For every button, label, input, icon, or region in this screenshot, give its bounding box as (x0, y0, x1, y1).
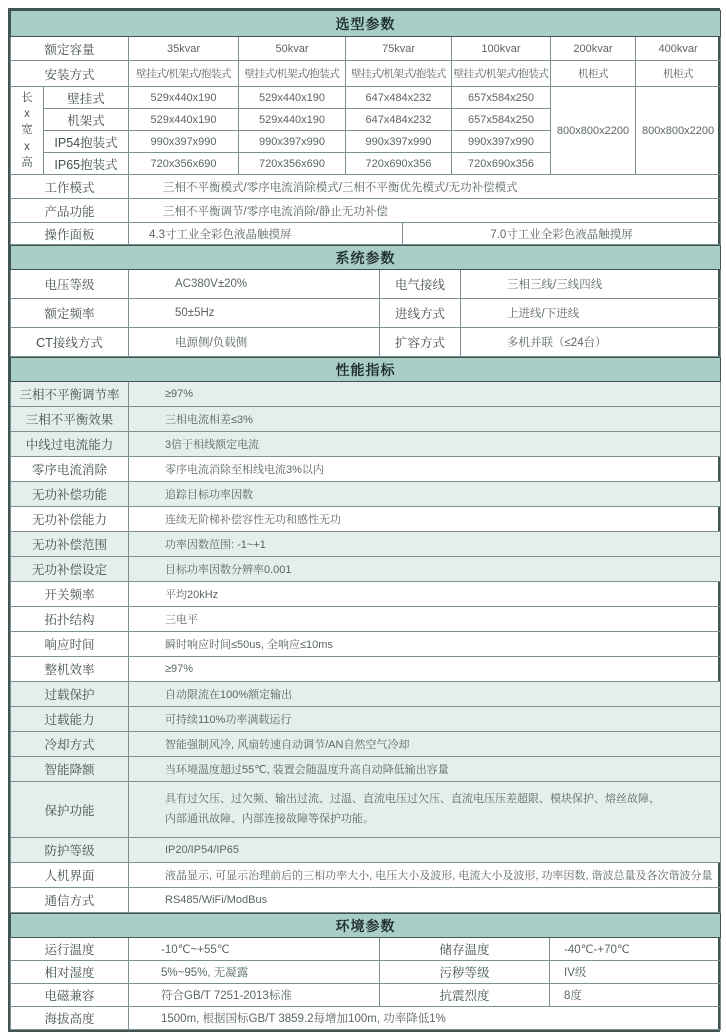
spec-label: 相对湿度 (11, 961, 129, 984)
system-body: 电压等级AC380V±20%电气接线三相三线/三线四线额定频率50±5Hz进线方… (11, 270, 721, 357)
spec-sheet: 选型参数 额定容量 35kvar 50kvar 75kvar 100kvar 2… (8, 8, 720, 1032)
spec-value: 智能强制风冷, 风扇转速自动调节/AN自然空气冷却 (129, 732, 721, 757)
spec-value: AC380V±20% (129, 270, 380, 299)
capacity-value: 50kvar (239, 37, 346, 61)
spec-label: 扩容方式 (380, 328, 461, 357)
spec-label: 开关频率 (11, 582, 129, 607)
spec-value: 零序电流消除至相线电流3%以内 (129, 457, 721, 482)
spec-value: 三相三线/三线四线 (461, 270, 721, 299)
spec-row: 响应时间瞬时响应时间≤50us, 全响应≤10ms (11, 632, 721, 657)
spec-value: 符合GB/T 7251-2013标准 (129, 984, 380, 1007)
dim-value: 647x484x232 (346, 109, 452, 131)
section-title: 性能指标 (11, 358, 721, 382)
capacity-value: 100kvar (452, 37, 551, 61)
spec-value: 3倍于相线额定电流 (129, 432, 721, 457)
cabinet-dim-200kvar: 800x800x2200 (551, 87, 636, 175)
spec-row: 过载能力可持续110%功率满载运行 (11, 707, 721, 732)
spec-value: ≥97% (129, 382, 721, 407)
cabinet-dim-400kvar: 800x800x2200 (636, 87, 721, 175)
spec-value: 目标功率因数分辨率0.001 (129, 557, 721, 582)
altitude-row: 海拔高度 1500m, 根据国标GB/T 3859.2每增加100m, 功率降低… (11, 1007, 721, 1030)
spec-label: 进线方式 (380, 299, 461, 328)
dim-value: 720x690x356 (346, 153, 452, 175)
spec-row: 额定频率50±5Hz进线方式上进线/下进线 (11, 299, 721, 328)
spec-row: 无功补偿范围功率因数范围: -1~+1 (11, 532, 721, 557)
mounting-value: 壁挂式/机架式/抱装式 (452, 61, 551, 87)
spec-label: 无功补偿功能 (11, 482, 129, 507)
spec-value: ≥97% (129, 657, 721, 682)
spec-label: 响应时间 (11, 632, 129, 657)
spec-value: IP20/IP54/IP65 (129, 838, 721, 863)
spec-label: 三相不平衡效果 (11, 407, 129, 432)
spec-value: 上进线/下进线 (461, 299, 721, 328)
dim-row-label: IP65抱装式 (44, 153, 129, 175)
dim-value: 720x356x690 (239, 153, 346, 175)
dimensions-label-text: 长x宽x高 (20, 90, 34, 170)
spec-label: 无功补偿范围 (11, 532, 129, 557)
spec-label: 整机效率 (11, 657, 129, 682)
spec-row: 无功补偿功能追踪目标功率因数 (11, 482, 721, 507)
spec-label: 过载保护 (11, 682, 129, 707)
mounting-value: 机柜式 (636, 61, 721, 87)
work-mode-label: 工作模式 (11, 175, 129, 199)
spec-row: 通信方式RS485/WiFi/ModBus (11, 888, 721, 913)
section-title: 选型参数 (11, 11, 721, 37)
spec-label: 人机界面 (11, 863, 129, 888)
capacity-value: 75kvar (346, 37, 452, 61)
spec-value: 三相电流相差≤3% (129, 407, 721, 432)
performance-body: 三相不平衡调节率≥97%三相不平衡效果三相电流相差≤3%中线过电流能力3倍于相线… (11, 382, 721, 913)
spec-row: 防护等级IP20/IP54/IP65 (11, 838, 721, 863)
spec-value: 追踪目标功率因数 (129, 482, 721, 507)
spec-label: 保护功能 (11, 782, 129, 838)
work-mode-value: 三相不平衡模式/零序电流消除模式/三相不平衡优先模式/无功补偿模式 (129, 175, 721, 199)
section-header-environment: 环境参数 (11, 914, 721, 938)
spec-value: 液晶显示, 可显示治理前后的三相功率大小, 电压大小及波形, 电流大小及波形, … (129, 863, 721, 888)
dim-value: 990x397x990 (129, 131, 239, 153)
spec-row: 中线过电流能力3倍于相线额定电流 (11, 432, 721, 457)
spec-label: 储存温度 (380, 938, 550, 961)
spec-label: 零序电流消除 (11, 457, 129, 482)
dim-value: 990x397x990 (452, 131, 551, 153)
dim-value: 990x397x990 (346, 131, 452, 153)
selection-table: 选型参数 额定容量 35kvar 50kvar 75kvar 100kvar 2… (10, 10, 721, 245)
mounting-value: 壁挂式/机架式/抱装式 (239, 61, 346, 87)
mounting-value: 壁挂式/机架式/抱装式 (129, 61, 239, 87)
spec-label: 智能降额 (11, 757, 129, 782)
spec-value: RS485/WiFi/ModBus (129, 888, 721, 913)
spec-row: 运行温度-10℃~+55℃储存温度-40℃-+70℃ (11, 938, 721, 961)
capacity-value: 400kvar (636, 37, 721, 61)
environment-table: 环境参数 运行温度-10℃~+55℃储存温度-40℃-+70℃相对湿度5%~95… (10, 913, 721, 1030)
spec-label: 污秽等级 (380, 961, 550, 984)
spec-row: 开关频率平均20kHz (11, 582, 721, 607)
dim-value: 720x356x690 (129, 153, 239, 175)
dim-row-label: IP54抱装式 (44, 131, 129, 153)
dim-value: 529x440x190 (129, 87, 239, 109)
spec-label: 过载能力 (11, 707, 129, 732)
dim-value: 657x584x250 (452, 109, 551, 131)
spec-label: 额定频率 (11, 299, 129, 328)
product-function-value: 三相不平衡调节/零序电流消除/静止无功补偿 (129, 199, 721, 223)
spec-value: 功率因数范围: -1~+1 (129, 532, 721, 557)
spec-value: 5%~95%, 无凝露 (129, 961, 380, 984)
spec-value: 可持续110%功率满载运行 (129, 707, 721, 732)
spec-row: 无功补偿能力连续无阶梯补偿容性无功和感性无功 (11, 507, 721, 532)
spec-value: 50±5Hz (129, 299, 380, 328)
spec-value: 当环境温度超过55℃, 装置会随温度升高自动降低输出容量 (129, 757, 721, 782)
spec-label: 抗震烈度 (380, 984, 550, 1007)
spec-value: 连续无阶梯补偿容性无功和感性无功 (129, 507, 721, 532)
capacity-value: 200kvar (551, 37, 636, 61)
spec-row: 拓扑结构三电平 (11, 607, 721, 632)
mounting-label: 安装方式 (11, 61, 129, 87)
spec-label: 防护等级 (11, 838, 129, 863)
dimensions-label: 长x宽x高 (11, 87, 44, 175)
section-header-system: 系统参数 (11, 246, 721, 270)
capacity-value: 35kvar (129, 37, 239, 61)
dim-value: 647x484x232 (346, 87, 452, 109)
spec-label: 拓扑结构 (11, 607, 129, 632)
section-title: 系统参数 (11, 246, 721, 270)
rated-capacity-label: 额定容量 (11, 37, 129, 61)
spec-label: CT接线方式 (11, 328, 129, 357)
spec-row: 无功补偿设定目标功率因数分辨率0.001 (11, 557, 721, 582)
spec-value: 电源侧/负载侧 (129, 328, 380, 357)
dim-row-label: 机架式 (44, 109, 129, 131)
dim-value: 529x440x190 (239, 87, 346, 109)
spec-value: 平均20kHz (129, 582, 721, 607)
spec-value: 8度 (550, 984, 721, 1007)
dim-row-label: 壁挂式 (44, 87, 129, 109)
spec-row: CT接线方式电源侧/负载侧扩容方式多机并联（≤24台） (11, 328, 721, 357)
panel-left-value: 4.3寸工业全彩色液晶触摸屏 (129, 223, 403, 245)
spec-label: 海拔高度 (11, 1007, 129, 1030)
spec-row: 人机界面液晶显示, 可显示治理前后的三相功率大小, 电压大小及波形, 电流大小及… (11, 863, 721, 888)
spec-row: 三相不平衡效果三相电流相差≤3% (11, 407, 721, 432)
product-function-label: 产品功能 (11, 199, 129, 223)
environment-body: 运行温度-10℃~+55℃储存温度-40℃-+70℃相对湿度5%~95%, 无凝… (11, 938, 721, 1007)
dim-value: 529x440x190 (129, 109, 239, 131)
section-header-performance: 性能指标 (11, 358, 721, 382)
spec-value: -10℃~+55℃ (129, 938, 380, 961)
dim-value: 657x584x250 (452, 87, 551, 109)
dim-value: 720x690x356 (452, 153, 551, 175)
spec-row: 电磁兼容符合GB/T 7251-2013标准抗震烈度8度 (11, 984, 721, 1007)
section-title: 环境参数 (11, 914, 721, 938)
spec-value: 1500m, 根据国标GB/T 3859.2每增加100m, 功率降低1% (129, 1007, 721, 1030)
spec-value: 具有过欠压、过欠频、输出过流、过温、直流电压过欠压、直流电压压差超限、模块保护、… (129, 782, 721, 838)
spec-row: 保护功能具有过欠压、过欠频、输出过流、过温、直流电压过欠压、直流电压压差超限、模… (11, 782, 721, 838)
spec-row: 冷却方式智能强制风冷, 风扇转速自动调节/AN自然空气冷却 (11, 732, 721, 757)
spec-label: 电压等级 (11, 270, 129, 299)
spec-value: IV级 (550, 961, 721, 984)
spec-row: 过载保护自动限流在100%额定输出 (11, 682, 721, 707)
spec-value: 三电平 (129, 607, 721, 632)
spec-label: 通信方式 (11, 888, 129, 913)
spec-value: 瞬时响应时间≤50us, 全响应≤10ms (129, 632, 721, 657)
panel-right-value: 7.0寸工业全彩色液晶触摸屏 (403, 223, 721, 245)
dim-value: 990x397x990 (239, 131, 346, 153)
spec-value: 自动限流在100%额定输出 (129, 682, 721, 707)
system-table: 系统参数 电压等级AC380V±20%电气接线三相三线/三线四线额定频率50±5… (10, 245, 721, 357)
mounting-value: 机柜式 (551, 61, 636, 87)
spec-label: 无功补偿能力 (11, 507, 129, 532)
panel-label: 操作面板 (11, 223, 129, 245)
spec-label: 运行温度 (11, 938, 129, 961)
dim-value: 529x440x190 (239, 109, 346, 131)
spec-row: 相对湿度5%~95%, 无凝露污秽等级IV级 (11, 961, 721, 984)
spec-value: 多机并联（≤24台） (461, 328, 721, 357)
spec-label: 电磁兼容 (11, 984, 129, 1007)
spec-label: 无功补偿设定 (11, 557, 129, 582)
spec-row: 电压等级AC380V±20%电气接线三相三线/三线四线 (11, 270, 721, 299)
spec-value: -40℃-+70℃ (550, 938, 721, 961)
spec-row: 智能降额当环境温度超过55℃, 装置会随温度升高自动降低输出容量 (11, 757, 721, 782)
section-header-selection: 选型参数 (11, 11, 721, 37)
spec-row: 整机效率≥97% (11, 657, 721, 682)
spec-label: 中线过电流能力 (11, 432, 129, 457)
mounting-value: 壁挂式/机架式/抱装式 (346, 61, 452, 87)
spec-label: 电气接线 (380, 270, 461, 299)
spec-row: 零序电流消除零序电流消除至相线电流3%以内 (11, 457, 721, 482)
spec-label: 三相不平衡调节率 (11, 382, 129, 407)
performance-table: 性能指标 三相不平衡调节率≥97%三相不平衡效果三相电流相差≤3%中线过电流能力… (10, 357, 721, 913)
spec-label: 冷却方式 (11, 732, 129, 757)
spec-row: 三相不平衡调节率≥97% (11, 382, 721, 407)
